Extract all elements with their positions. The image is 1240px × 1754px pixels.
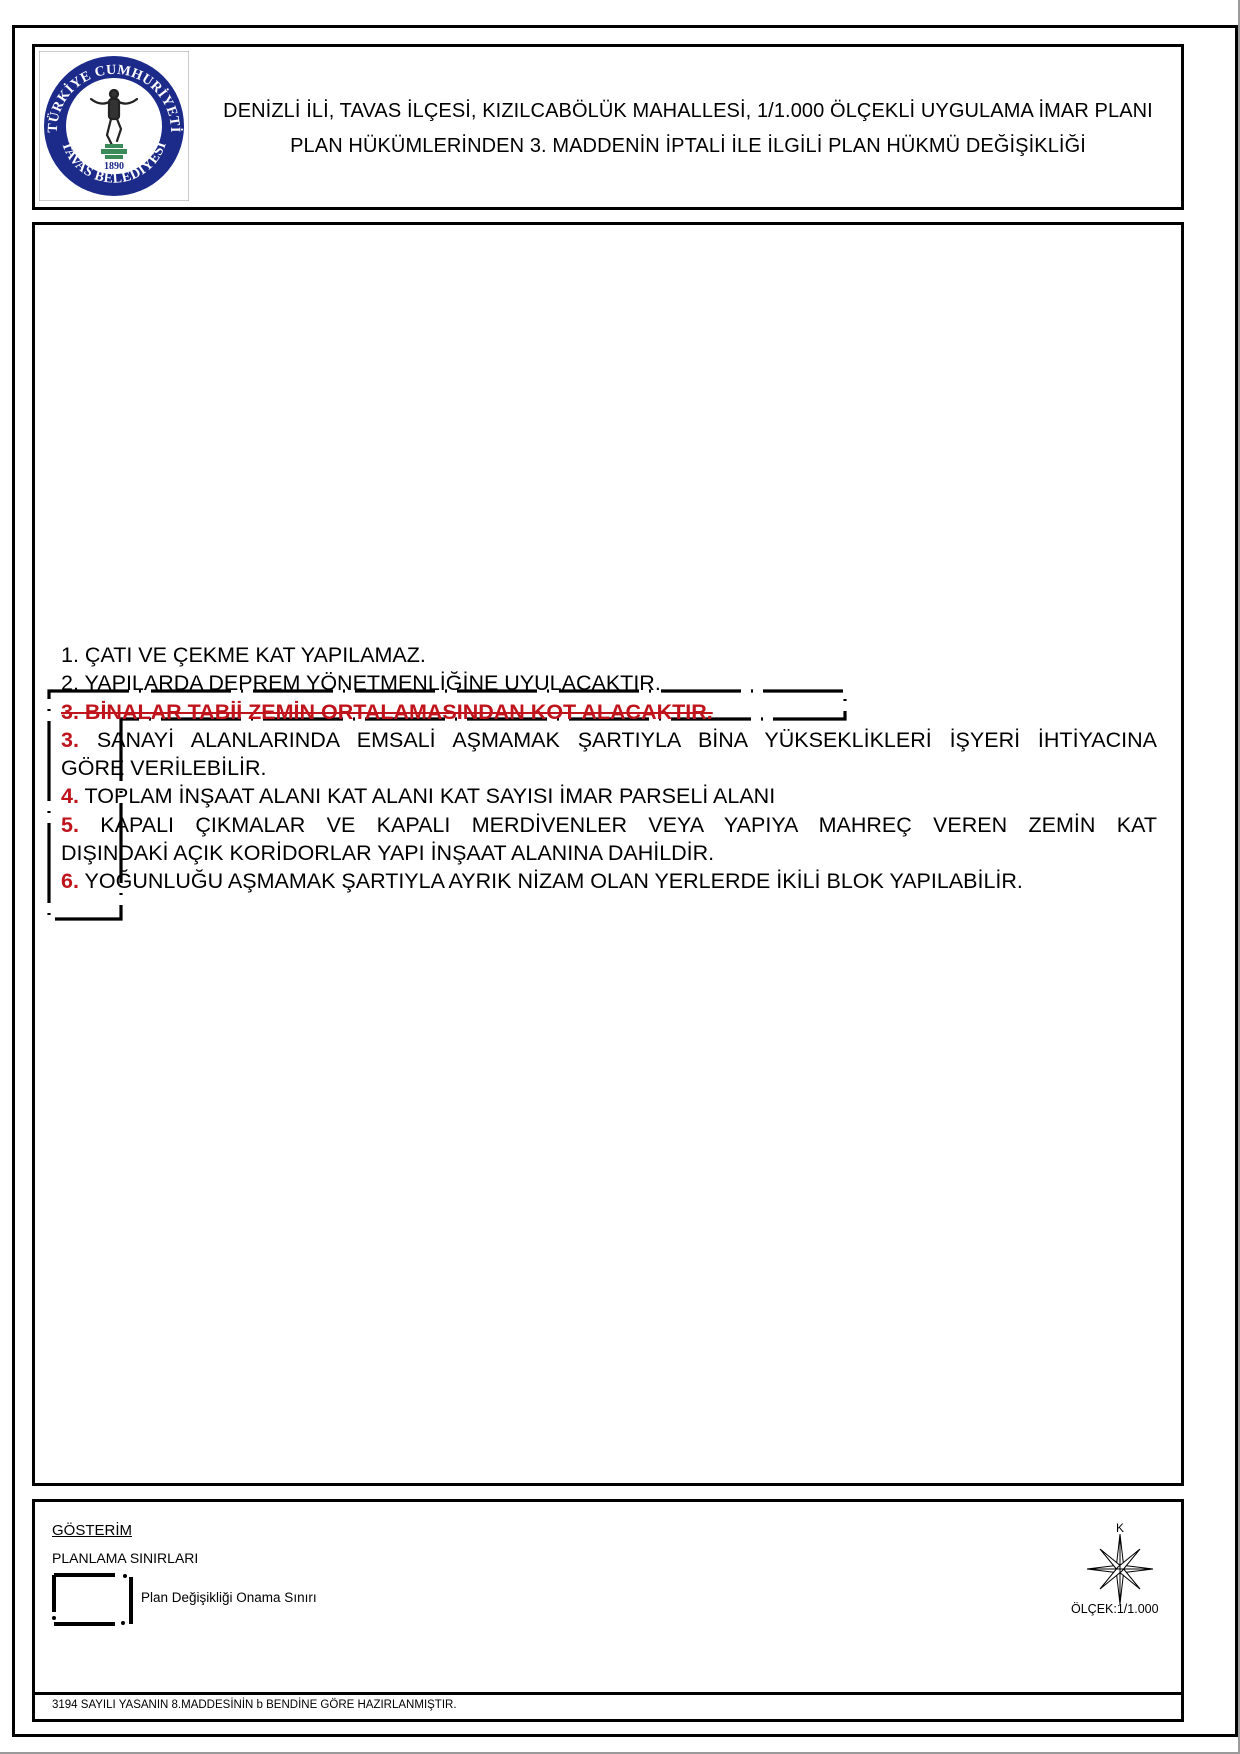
provision-5-line2: DIŞINDAKİ AÇIK KORİDORLAR YAPI İNŞAAT AL… [61,839,1157,867]
provision-2: 2. YAPILARDA DEPREM YÖNETMENLİĞİNE UYULA… [61,669,1157,697]
provision-1: 1. ÇATI VE ÇEKME KAT YAPILAMAZ. [61,641,1157,669]
compass-rose-icon: K [1075,1520,1165,1610]
legend-subtitle: PLANLAMA SINIRLARI [52,1550,198,1566]
provision-3-new-line1: 3. SANAYİ ALANLARINDA EMSALİ AŞMAMAK ŞAR… [61,726,1157,754]
provision-4: 4. TOPLAM İNŞAAT ALANI KAT ALANI KAT SAY… [61,782,1157,810]
municipality-logo-icon: TÜRKİYE CUMHURİYETİ TAVAS BELEDİYESİ 189… [39,51,189,201]
footer-divider [35,1692,1181,1695]
plan-provisions-box: 1. ÇATI VE ÇEKME KAT YAPILAMAZ. 2. YAPIL… [32,222,1184,1486]
legal-basis-note: 3194 SAYILI YASANIN 8.MADDESİNİN b BENDİ… [52,1699,457,1711]
plan-title-line2: PLAN HÜKÜMLERİNDEN 3. MADDENİN İPTALİ İL… [195,135,1181,158]
provision-3-deleted: 3. BİNALAR TABİİ ZEMİN ORTALAMASINDAN KO… [61,698,1157,726]
logo-year: 1890 [104,161,124,172]
header-box: TÜRKİYE CUMHURİYETİ TAVAS BELEDİYESİ 189… [32,44,1184,210]
provision-6: 6. YOĞUNLUĞU AŞMAMAK ŞARTIYLA AYRIK NİZA… [61,867,1157,895]
provision-5-line1: 5. KAPALI ÇIKMALAR VE KAPALI MERDİVENLER… [61,811,1157,839]
legend-box: GÖSTERİM PLANLAMA SINIRLARI Plan Değişik… [32,1499,1184,1722]
dash-dot-boundary-icon [51,1572,135,1627]
scale-label: ÖLÇEK:1/1.000 [1071,1602,1159,1616]
legend-symbol-label: Plan Değişikliği Onama Sınırı [141,1590,317,1605]
plan-title-line1: DENİZLİ İLİ, TAVAS İLÇESİ, KIZILCABÖLÜK … [195,100,1181,123]
plan-provisions-list: 1. ÇATI VE ÇEKME KAT YAPILAMAZ. 2. YAPIL… [61,641,1157,896]
provision-3-new-line2: GÖRE VERİLEBİLİR. [61,754,1157,782]
legend-title: GÖSTERİM [52,1522,132,1539]
north-label: K [1116,1521,1124,1535]
